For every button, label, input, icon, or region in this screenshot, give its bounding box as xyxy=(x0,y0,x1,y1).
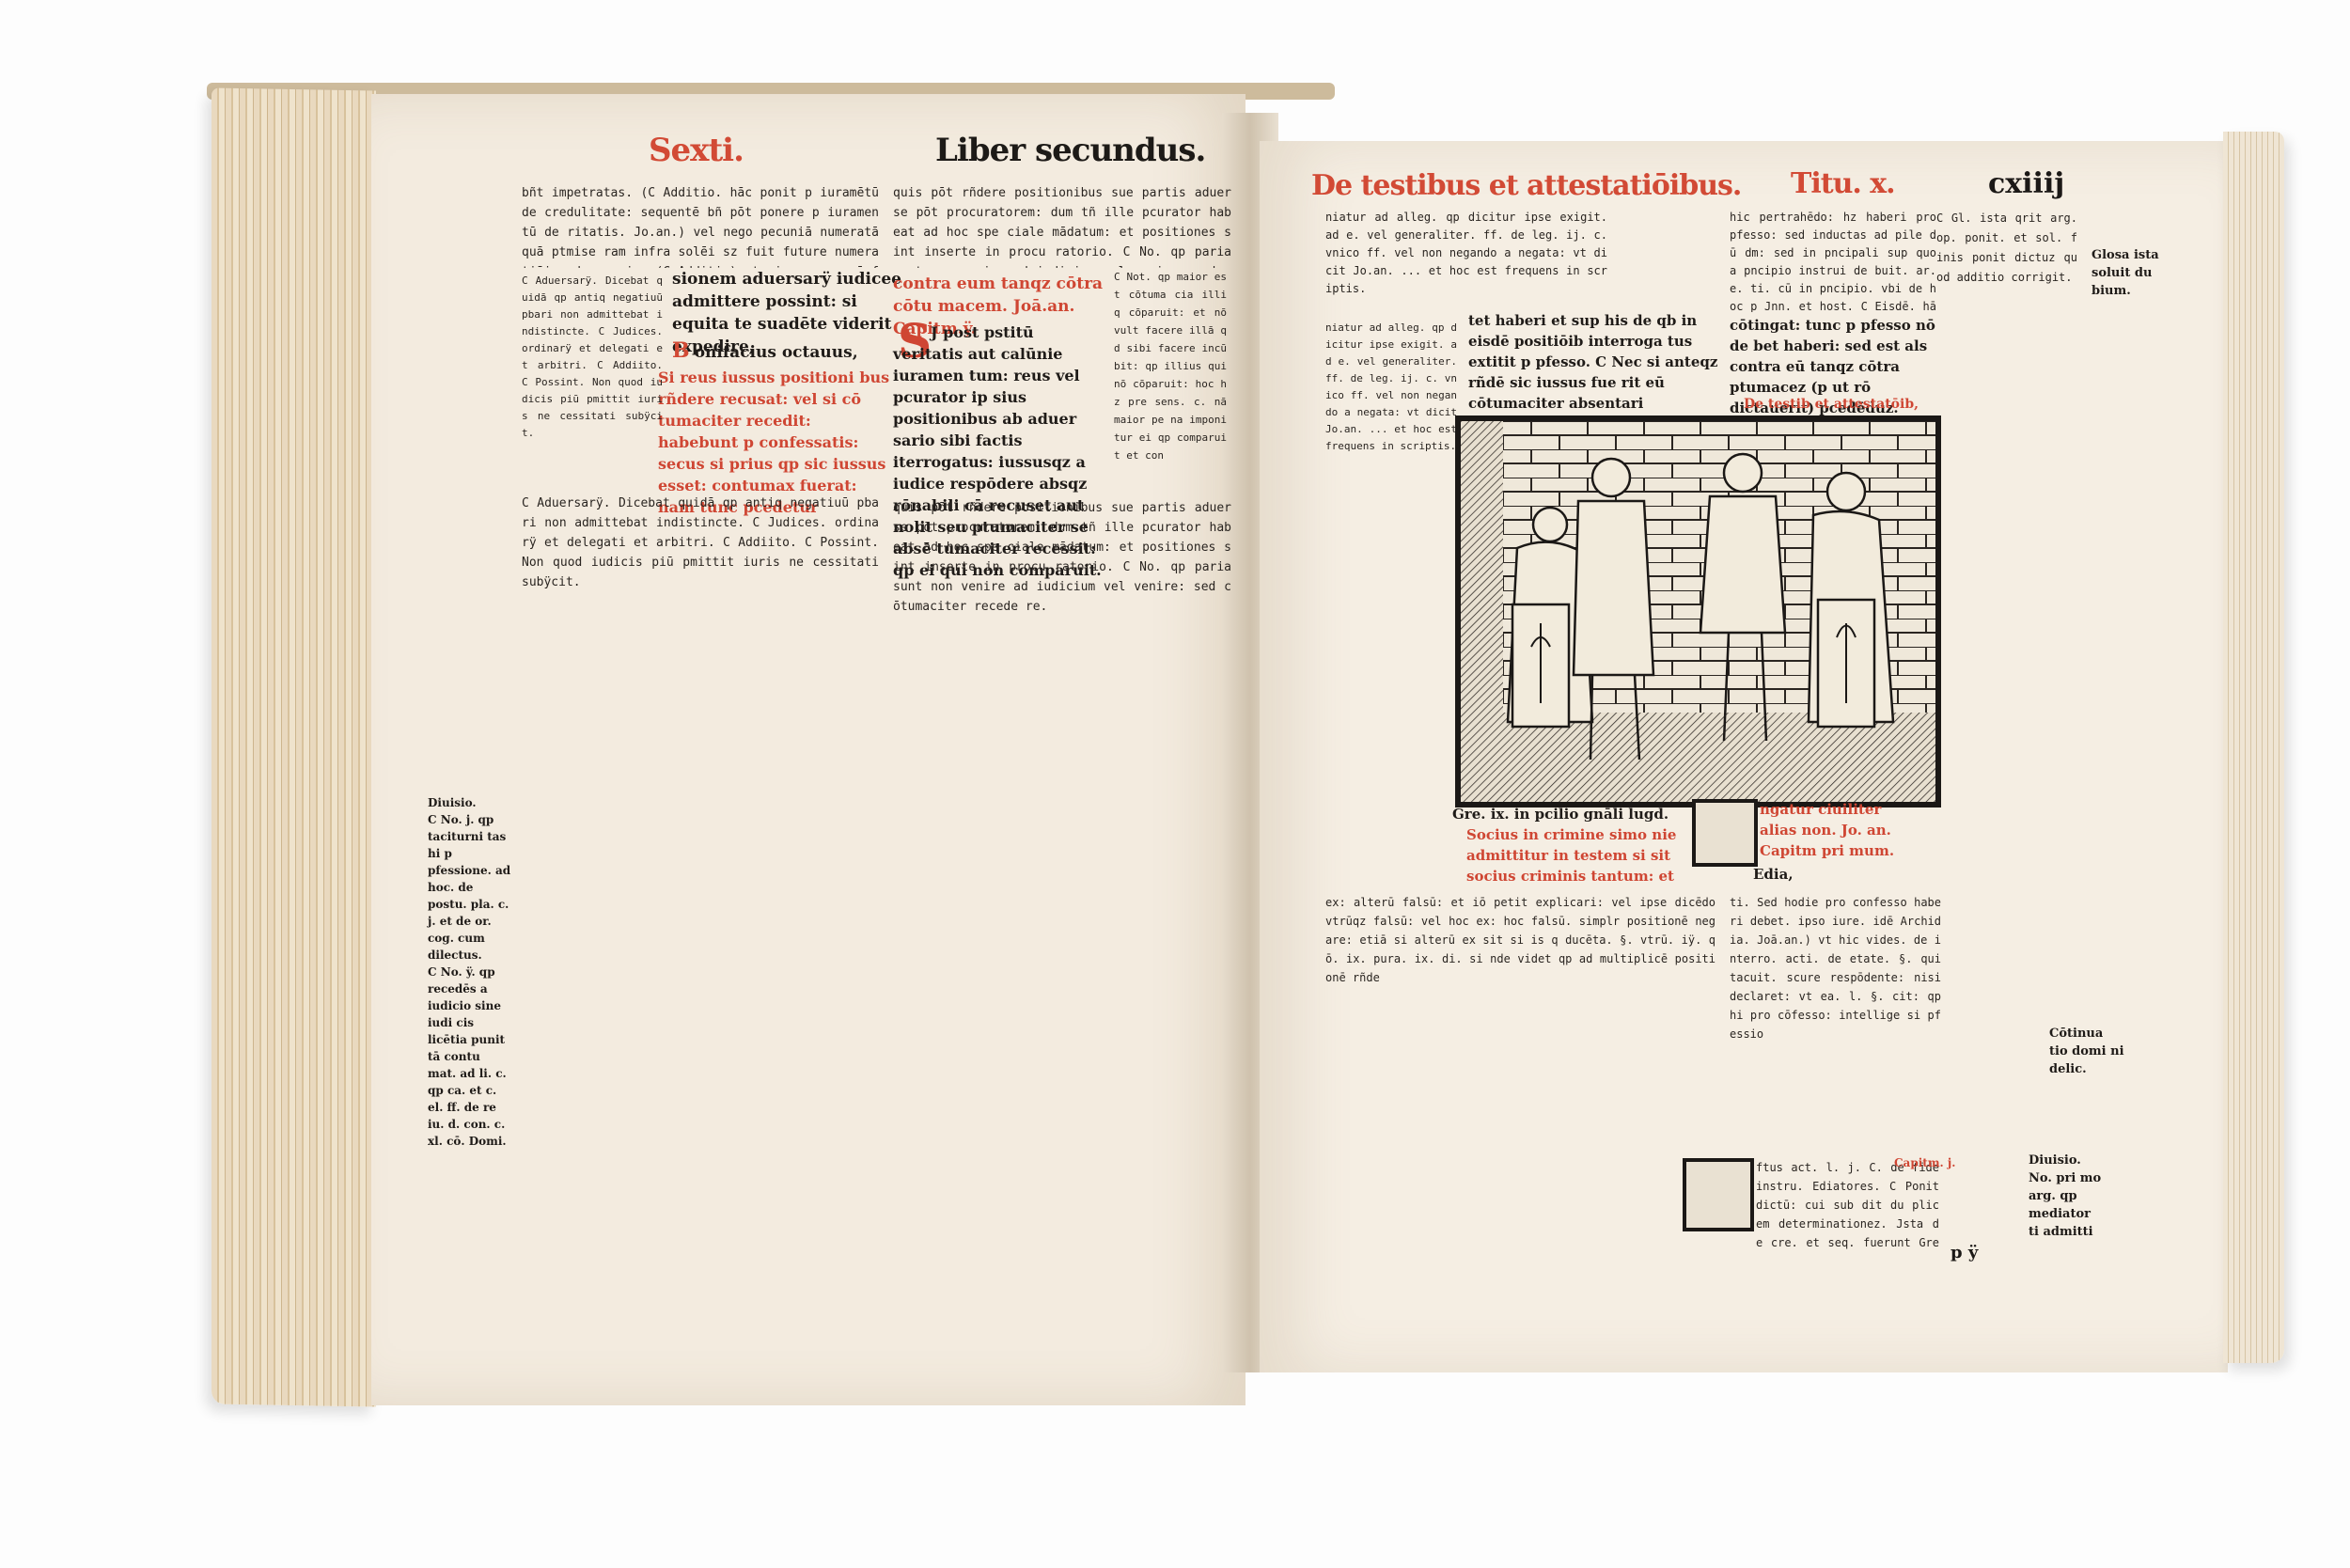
right-page-stack xyxy=(2223,132,2284,1363)
right-col2-final-lines: ftus act. l. j. C. de fide instru. Ediat… xyxy=(1756,1158,1939,1252)
gloss-diuisio: Diuisio. xyxy=(428,794,512,811)
right-col1-side: niatur ad alleg. qp dicitur ipse exigit.… xyxy=(1325,320,1457,790)
woodcut-scene-icon xyxy=(1461,421,1935,802)
gloss-no-ij: C No. ÿ. qp recedēs a iudicio sine iudi … xyxy=(428,964,512,1150)
left-col1-top-text: bñt impetratas. (C Additio. hāc ponit p … xyxy=(522,183,879,268)
gloss-no-j: C No. j. qp taciturni tas hi p pfessione… xyxy=(428,811,512,964)
left-col1-body: C Aduersarÿ. Dicebat quidā qp antiq nega… xyxy=(522,494,879,1255)
left-col2-main-text: J post pstitū veritatis aut calūnie iura… xyxy=(893,321,1104,491)
margin-gloss-glosa: Glosa ista soluit du bium. xyxy=(2091,246,2162,300)
margin-gloss-diuisio: Diuisio. No. pri mo arg. qp mediator ti … xyxy=(2029,1152,2104,1241)
right-col2-rubric-head: De testib et attestatōib, xyxy=(1744,395,1919,414)
right-col1-bottom-body: ex: alterū falsū: et iō petit explicari:… xyxy=(1325,893,1715,1260)
title-number: Titu. x. xyxy=(1791,167,1895,200)
decorated-initial-p xyxy=(1692,799,1758,867)
initial-b: B xyxy=(672,338,690,363)
folio-number: cxiiij xyxy=(1988,167,2064,200)
running-head-liber-secundus: Liber secundus. xyxy=(935,132,1205,169)
capitulum-rubric: Capitm. j. xyxy=(1894,1154,1955,1171)
running-head-sexti: Sexti. xyxy=(649,132,744,169)
edia-word: Edia, xyxy=(1753,860,1794,889)
right-col1-mid: tet haberi et sup his de qb in eisdē pos… xyxy=(1468,310,1722,414)
left-col2-side-gloss: C Not. qp maior est cōtuma cia illi q cō… xyxy=(1114,268,1227,489)
margin-gloss-continuatio: Cōtinua tio domi ni delic. xyxy=(2049,1025,2124,1078)
signature-mark: p ÿ xyxy=(1950,1243,1978,1262)
decorated-initial-m xyxy=(1683,1158,1754,1231)
open-book: Sexti. Liber secundus. bñt impetratas. (… xyxy=(0,0,2350,1568)
running-head-de-testibus: De testibus et attestatiōibus. xyxy=(1311,169,1741,202)
right-col1-top: niatur ad alleg. qp dicitur ipse exigit.… xyxy=(1325,209,1607,312)
bonifacius-line: B onifacius octauus, xyxy=(672,338,858,363)
left-col2-body: quis pōt rñdere positionibus sue partis … xyxy=(893,498,1231,1255)
woodcut-caption: Gre. ix. in pcilio gnāli lugd. xyxy=(1452,804,1668,824)
rubric-socius-block: Socius in crimine simo nie admittitur in… xyxy=(1466,824,1692,886)
right-col2-bottom-body: ti. Sed hodie pro confesso haberi debet.… xyxy=(1730,893,1941,1128)
left-page-stack xyxy=(211,87,376,1406)
right-col2-top: hic pertrahēdo: hz haberi pro pfesso: se… xyxy=(1730,209,1936,312)
left-margin-gloss-1: Diuisio. C No. j. qp taciturni tas hi p … xyxy=(428,794,512,1150)
bonifacius-name: onifacius octauus, xyxy=(695,343,858,362)
woodcut-illustration xyxy=(1455,416,1941,808)
rubric-ngatur-block: ngatur ciuiliter alias non. Jo. an. Capi… xyxy=(1760,799,1919,861)
left-col2-top-text: quis pōt rñdere positionibus sue partis … xyxy=(893,183,1231,268)
left-col1-side-gloss: C Aduersarÿ. Dicebat quidā qp antiq nega… xyxy=(522,273,663,479)
